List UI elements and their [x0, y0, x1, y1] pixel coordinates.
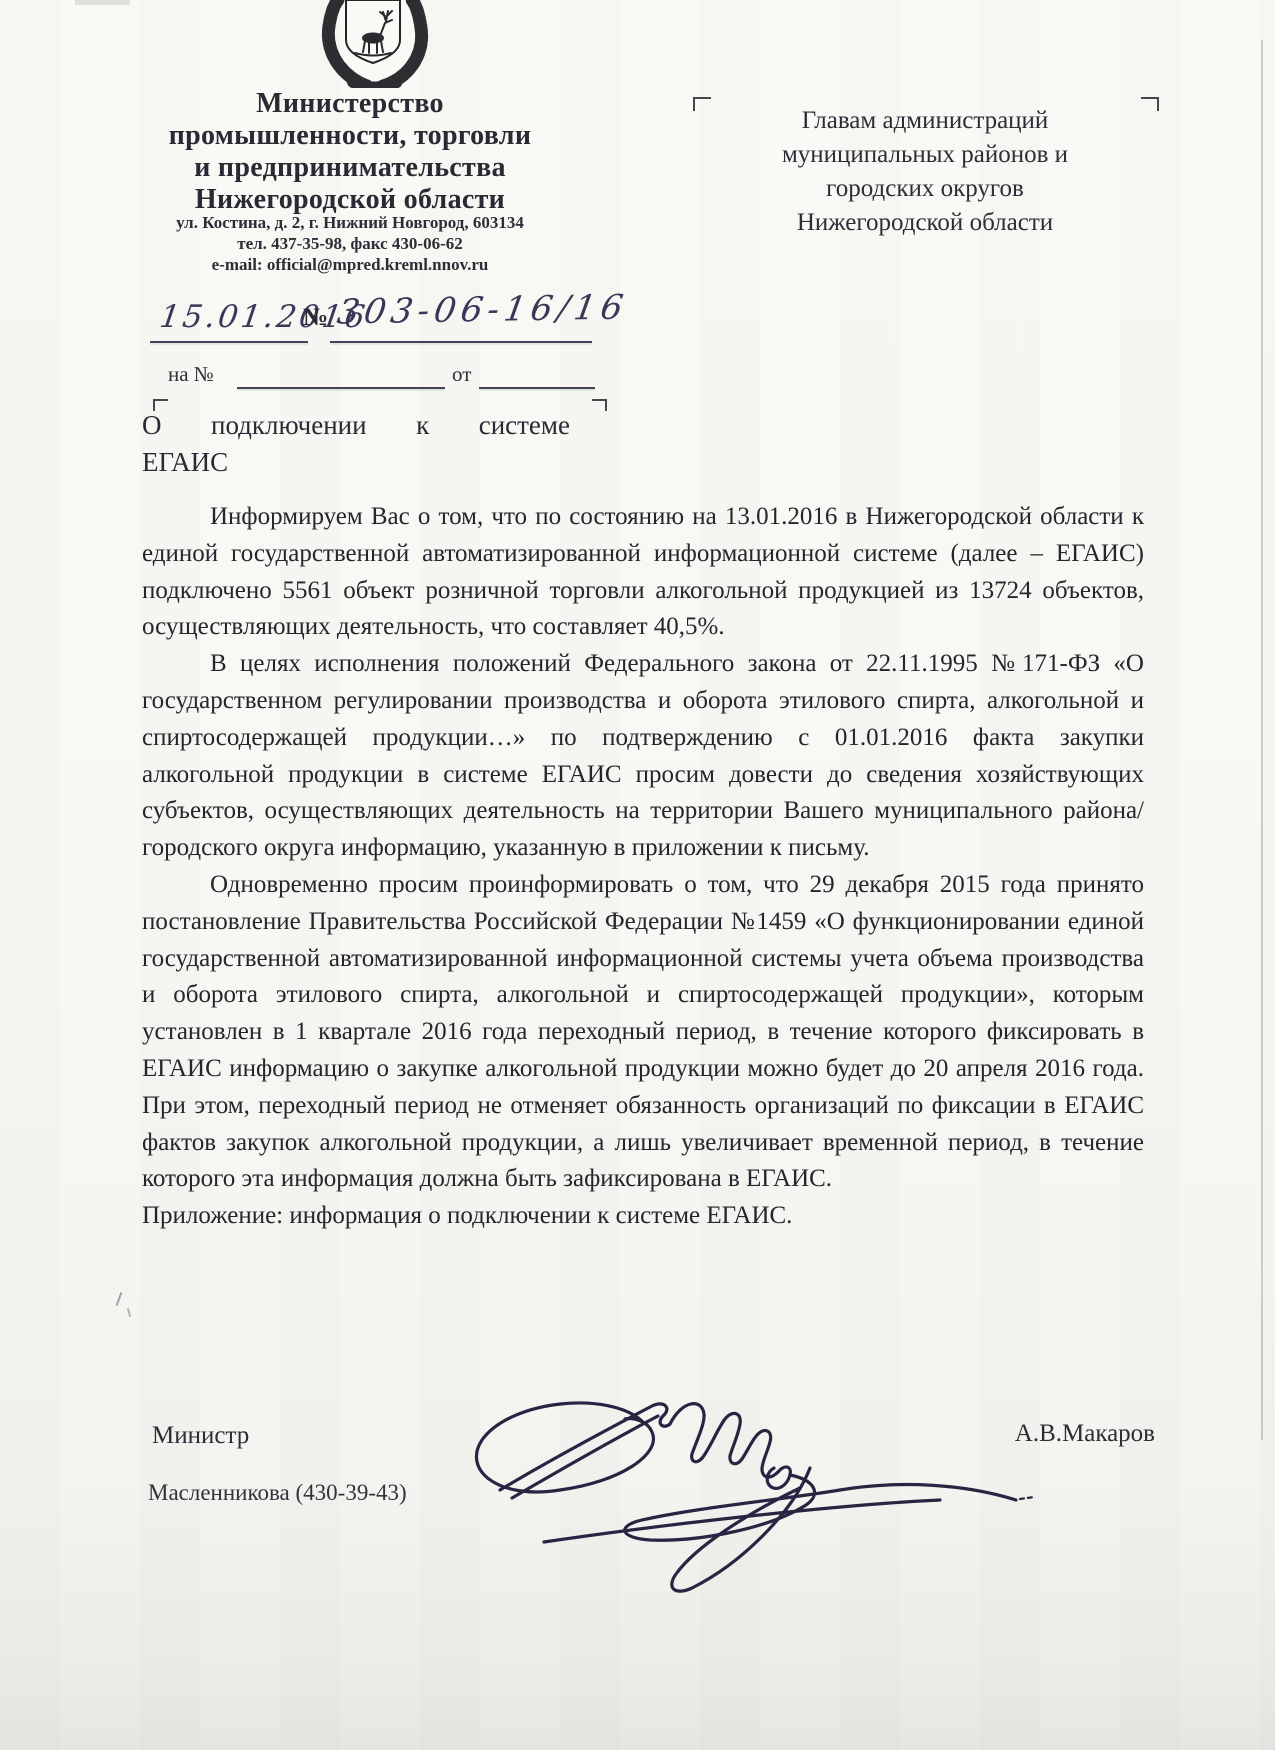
addressee-line: муниципальных районов и	[700, 138, 1150, 172]
reply-from-blank-line	[479, 387, 595, 389]
handwritten-signature	[420, 1372, 1060, 1607]
ministry-name: Министерство промышленности, торговли и …	[140, 88, 560, 216]
addressee-line: Нижегородской области	[700, 206, 1150, 240]
ink-speck	[127, 1308, 131, 1317]
ministry-phone-fax: тел. 437-35-98, факс 430-06-62	[140, 233, 560, 254]
subject-line-1: О подключении к системе	[142, 407, 570, 444]
scan-smudge	[75, 0, 130, 5]
subject-block: О подключении к системе ЕГАИС	[142, 407, 570, 481]
executor-contact: Масленникова (430-39-43)	[148, 1480, 407, 1506]
addressee-line: городских округов	[700, 172, 1150, 206]
handwritten-outgoing-number: 303-06-16/16	[334, 287, 630, 332]
reply-to-label: на №	[168, 362, 214, 387]
ministry-address: ул. Костина, д. 2, г. Нижний Новгород, 6…	[140, 212, 560, 233]
signer-position-title: Министр	[152, 1422, 249, 1450]
ministry-email: e-mail: official@mpred.kreml.nnov.ru	[140, 254, 560, 275]
ministry-name-line: и предпринимательства	[140, 152, 560, 184]
body-paragraph-2: В целях исполнения положений Федеральног…	[142, 646, 1144, 867]
paper-edge-shadow	[1261, 40, 1263, 1440]
ministry-contact-block: ул. Костина, д. 2, г. Нижний Новгород, 6…	[140, 212, 560, 275]
subject-line-2: ЕГАИС	[142, 444, 570, 481]
number-sign: №	[303, 304, 328, 332]
reply-from-label: от	[452, 362, 471, 387]
date-underline	[150, 341, 308, 343]
coat-of-arms-deer-emblem	[315, 0, 435, 88]
letter-body: Информируем Вас о том, что по состоянию …	[142, 499, 1144, 1235]
body-paragraph-3: Одновременно просим проинформировать о т…	[142, 867, 1144, 1198]
scanned-letter-page: Министерство промышленности, торговли и …	[0, 0, 1275, 1750]
ink-speck	[116, 1292, 123, 1306]
reply-to-blank-line	[237, 387, 445, 389]
ministry-name-line: Министерство	[140, 88, 560, 120]
subject-corner-mark-right	[592, 399, 607, 411]
attachment-line: Приложение: информация о подключении к с…	[142, 1198, 1144, 1235]
body-paragraph-1: Информируем Вас о том, что по состоянию …	[142, 499, 1144, 646]
ministry-name-line: промышленности, торговли	[140, 120, 560, 152]
number-underline	[330, 341, 592, 343]
addressee-block: Главам администраций муниципальных район…	[700, 104, 1150, 240]
addressee-line: Главам администраций	[700, 104, 1150, 138]
